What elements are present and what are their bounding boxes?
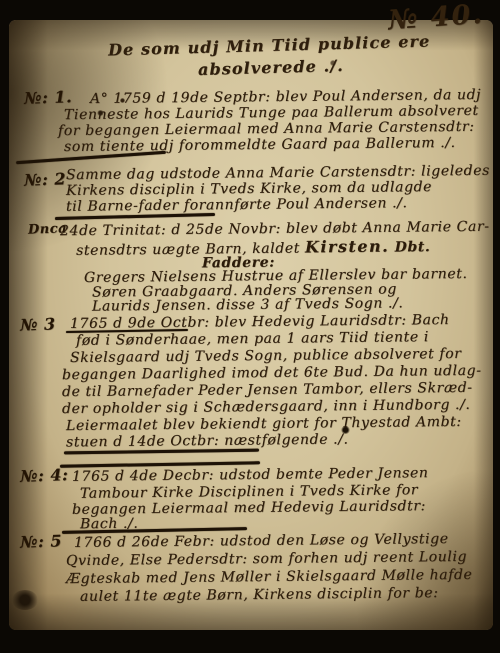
baptism-dbt-abbrev: Dbt. xyxy=(389,239,430,255)
entry-5-number-label: №: 5 xyxy=(20,531,63,551)
entry-5-line: Ægteskab med Jens Møller i Skielsgaard M… xyxy=(66,567,473,587)
godparent-line: Laurids Jensen. disse 3 af Tveds Sogn ./… xyxy=(92,295,404,314)
entry-5-line: aulet 11te ægte Børn, Kirkens disciplin … xyxy=(80,585,439,605)
page-number: № 40. xyxy=(387,0,485,36)
handwriting-layer: № 40. De som udj Min Tiid publice ere ab… xyxy=(0,0,500,653)
entry-2-number-label: №: 2 xyxy=(24,169,67,189)
entry-2-line: til Barne-fader forannførte Poul Anderse… xyxy=(66,195,408,215)
entry-5-line: Qvinde, Else Pedersdtr: som forhen udj r… xyxy=(66,549,467,569)
child-name: Kirsten. xyxy=(305,237,389,257)
entry-3-number-label: № 3 xyxy=(20,314,56,334)
page-heading-line-2: absolverede ./. xyxy=(198,56,344,79)
manuscript-scan: № 40. De som udj Min Tiid publice ere ab… xyxy=(0,0,500,653)
entry-4-number-label: №: 4: xyxy=(20,465,69,486)
entry-3-line: stuen d 14de Octbr: næstfølgende ./. xyxy=(66,432,349,451)
entry-5-line: 1766 d 26de Febr: udstod den Løse og Vel… xyxy=(74,531,449,551)
entry-1-number-label: №: 1. xyxy=(24,87,73,108)
entry-1-line: som tiente udj forommeldte Gaard paa Bal… xyxy=(64,135,456,155)
page-heading-line-1: De som udj Min Tiid publice ere xyxy=(108,32,431,60)
ink-blot xyxy=(12,590,38,610)
entry-3-line: Leiermaalet blev bekiendt giort for Thye… xyxy=(66,414,462,434)
